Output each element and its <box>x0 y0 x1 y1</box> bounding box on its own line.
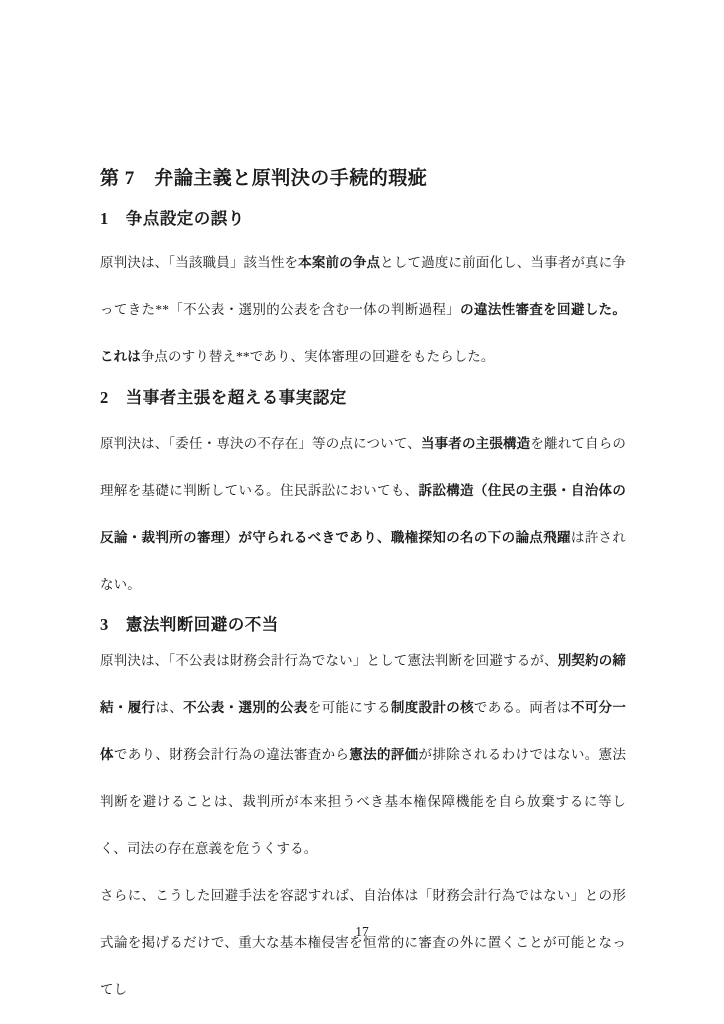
section-3-paragraph-2: さらに、こうした回避手法を容認すれば、自治体は「財務会計行為ではない」との形式論… <box>100 872 626 1013</box>
document-heading: 第 7 弁論主義と原判決の手続的瑕疵 <box>100 166 626 192</box>
body-text: 争点のすり替え**であり、実体審理の回避をもたらした。 <box>141 349 495 364</box>
section-2-paragraph: 原判決は、「委任・専決の不存在」等の点について、当事者の主張構造を離れて自らの理… <box>100 420 626 608</box>
section-3-paragraph-1: 原判決は、「不公表は財務会計行為でない」として憲法判断を回避するが、別契約の締結… <box>100 637 626 872</box>
section-1-paragraph: 原判決は、「当該職員」該当性を本案前の争点として過度に前面化し、当事者が真に争っ… <box>100 239 626 380</box>
body-text: さらに、こうした回避手法を容認すれば、自治体は「財務会計行為ではない」との形式論… <box>100 888 626 997</box>
body-text: を可能にする <box>308 700 391 715</box>
section-title-3: 3 憲法判断回避の不当 <box>100 613 626 637</box>
page-number: 17 <box>0 922 724 942</box>
body-text: は、 <box>155 700 183 715</box>
body-text: である。両者は <box>474 700 571 715</box>
body-text: が排除されるわけではない。憲法判断を避けることは、裁判所が本来担うべき基本権保障… <box>100 747 626 856</box>
emphasis-text: 憲法的評価 <box>349 747 418 762</box>
body-text: 原判決は、「不公表は財務会計行為でない」として憲法判断を回避するが、 <box>100 653 558 668</box>
emphasis-text: 本案前の争点 <box>298 255 380 270</box>
emphasis-text: 当事者の主張構造 <box>421 436 530 451</box>
section-title-1: 1 争点設定の誤り <box>100 207 626 231</box>
emphasis-text: 不公表・選別的公表 <box>183 700 308 715</box>
body-text: であり、財務会計行為の違法審査から <box>114 747 349 762</box>
body-text: 原判決は、「当該職員」該当性を <box>100 255 298 270</box>
emphasis-text: 制度設計の核 <box>391 700 474 715</box>
section-title-2: 2 当事者主張を超える事実認定 <box>100 386 626 410</box>
document-page: 第 7 弁論主義と原判決の手続的瑕疵 1 争点設定の誤り 原判決は、「当該職員」… <box>0 0 724 1024</box>
body-text: 原判決は、「委任・専決の不存在」等の点について、 <box>100 436 421 451</box>
document-content: 第 7 弁論主義と原判決の手続的瑕疵 1 争点設定の誤り 原判決は、「当該職員」… <box>100 0 626 1013</box>
